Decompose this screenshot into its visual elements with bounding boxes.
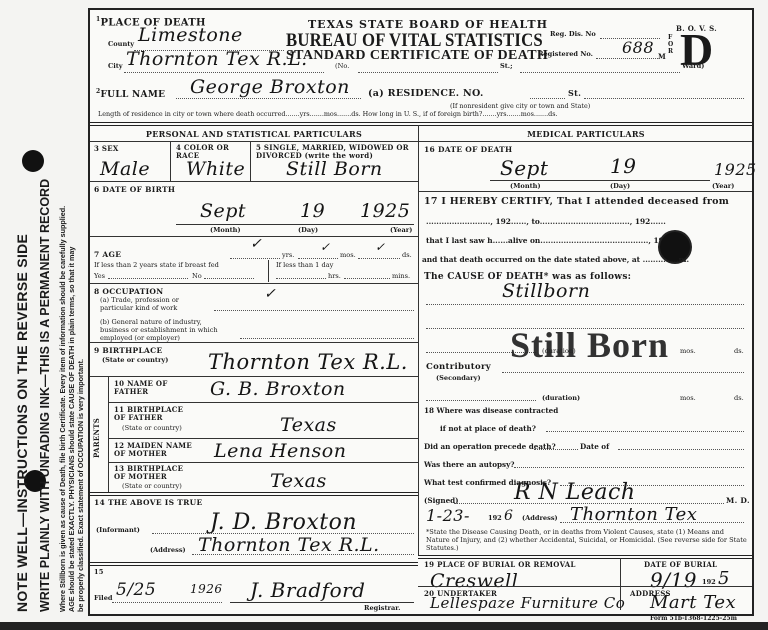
- reg-dis-label: Reg. Dis. No: [550, 30, 596, 38]
- father-name-label: 10 NAME OF FATHER: [114, 380, 184, 396]
- mother-name-value: Lena Henson: [214, 440, 346, 462]
- length-residence-text: Length of residence in city or town wher…: [98, 110, 558, 118]
- occupation-b-label: (b) General nature of industry, business…: [100, 318, 230, 342]
- father-birthplace-sub: (State or country): [122, 424, 182, 432]
- day-caption: (Day): [298, 226, 318, 234]
- secondary-ds-label: ds.: [734, 394, 744, 402]
- residence-st-label: St.: [568, 88, 581, 98]
- instruction-line: be properly classified. Exact statement …: [76, 12, 85, 612]
- age-ds-label: ds.: [402, 251, 412, 259]
- informant-address-value: Thornton Tex R.L.: [198, 534, 380, 556]
- contributory-label: Contributory: [426, 362, 491, 372]
- birthplace-value: Thornton Tex R.L.: [208, 350, 408, 374]
- dod-month-value: Sept: [500, 156, 548, 180]
- physician-address-label: (Address): [522, 514, 558, 522]
- year-caption: (Year): [390, 226, 412, 234]
- full-name-value: George Broxton: [190, 76, 350, 98]
- certificate-title: STANDARD CERTIFICATE OF DEATH: [286, 48, 548, 64]
- medical-section-title: MEDICAL PARTICULARS: [420, 129, 752, 139]
- nonresident-note: (If nonresident give city or town and St…: [450, 102, 590, 110]
- dob-month-value: Sept: [200, 200, 246, 222]
- certify-statement: 17 I HEREBY CERTIFY, That I attended dec…: [424, 196, 729, 207]
- secondary-label: (Secondary): [436, 374, 481, 382]
- birthplace-sub-label: (State or country): [102, 356, 168, 364]
- mother-birthplace-value: Texas: [270, 470, 327, 492]
- dob-year-value: 1925: [360, 200, 410, 222]
- mother-birthplace-label: 13 BIRTHPLACE OF MOTHER: [114, 465, 194, 481]
- personal-section-title: PERSONAL AND STATISTICAL PARTICULARS: [90, 129, 418, 139]
- registrar-signature: J. Bradford: [250, 578, 365, 602]
- secondary-mos-label: mos.: [680, 394, 696, 402]
- father-birthplace-value: Texas: [280, 414, 337, 436]
- informant-value: J. D. Broxton: [210, 510, 357, 535]
- hrs-label: hrs.: [328, 272, 341, 280]
- md-label: M. D.: [726, 496, 750, 505]
- autopsy-label: Was there an autopsy?: [424, 460, 514, 469]
- primary-ds-label: ds.: [734, 347, 744, 355]
- parents-label: PARENTS: [92, 418, 101, 458]
- informant-label: (Informant): [96, 526, 140, 534]
- county-label: County: [108, 40, 134, 48]
- month-caption: (Month): [210, 226, 241, 234]
- primary-mos-label: mos.: [680, 347, 696, 355]
- age-mos-mark: ✓: [320, 240, 331, 254]
- mother-birthplace-sub: (State or country): [122, 482, 182, 490]
- undertaker-value: Lellespaze Furniture Co: [430, 594, 625, 612]
- registered-no-label: Registered No.: [538, 50, 593, 58]
- filed-year-value: 1926: [190, 582, 223, 596]
- dod-year-caption: (Year): [712, 182, 734, 190]
- sex-label: 3 SEX: [94, 144, 119, 153]
- age-label: 7 AGE: [94, 250, 121, 259]
- informant-address-label: (Address): [150, 546, 186, 554]
- marital-status-value: Still Born: [286, 158, 383, 180]
- father-birthplace-label: 11 BIRTHPLACE OF FATHER: [114, 406, 194, 422]
- signed-date-value: 1-23-: [426, 506, 470, 525]
- age-yrs-mark: ✓: [250, 236, 262, 252]
- full-name-label: 2FULL NAME: [96, 88, 165, 100]
- dod-year-value: 1925: [714, 160, 757, 179]
- color-race-value: White: [186, 158, 245, 180]
- burial-year-prefix: 192: [702, 578, 716, 586]
- filed-label: Filed: [94, 594, 113, 602]
- burial-place-label: 19 PLACE OF BURIAL OR REMOVAL: [424, 560, 576, 569]
- breast-fed-no-label: No: [192, 272, 202, 280]
- operation-date-label: Date of: [580, 442, 609, 451]
- bottom-edge: [0, 622, 768, 630]
- death-occurred-statement: and that death occurred on the date stat…: [422, 255, 689, 264]
- dod-day-caption: (Day): [610, 182, 630, 190]
- cause-footnote: *State the Disease Causing Death, or in …: [426, 528, 748, 552]
- city-value: Thornton Tex R.L.: [126, 48, 308, 70]
- signed-year-suffix: 6: [504, 508, 513, 524]
- instruction-line: AGE should be stated EXACTLY. PHYSICIANS…: [67, 12, 76, 612]
- date-of-death-label: 16 DATE OF DEATH: [424, 145, 512, 154]
- attended-from-to: ........................., 192......, to…: [426, 217, 666, 226]
- occupation-label: 8 OCCUPATION: [94, 287, 163, 296]
- age-ds-mark: ✓: [375, 240, 386, 254]
- father-name-value: G. B. Broxton: [210, 378, 346, 400]
- city-label: City: [108, 62, 123, 70]
- county-value: Limestone: [138, 24, 243, 46]
- age-mos-label: mos.: [340, 251, 356, 259]
- dod-month-caption: (Month): [510, 182, 541, 190]
- physician-signature: R N Leach: [514, 480, 636, 505]
- still-born-stamp: Still Born: [510, 324, 669, 366]
- signed-year-prefix: 192: [488, 514, 502, 522]
- write-plainly-banner: WRITE PLAINLY WITH UNFADING INK—THIS IS …: [38, 12, 52, 612]
- date-of-birth-label: 6 DATE OF BIRTH: [94, 185, 175, 194]
- m-label: M: [658, 52, 666, 61]
- undertaker-address-value: Mart Tex: [650, 592, 736, 613]
- secondary-duration-label: (duration): [542, 394, 580, 402]
- mins-label: mins.: [392, 272, 410, 280]
- registered-no-value: 688: [622, 38, 654, 57]
- form-number: Form 51b-T368-1225-25m: [650, 615, 737, 622]
- instruction-line: Where Stillborn is given as cause of Dea…: [58, 12, 67, 612]
- note-well-banner: NOTE WELL—INSTRUCTIONS ON THE REVERSE SI…: [14, 12, 30, 612]
- not-at-place-label: if not at place of death?: [440, 424, 536, 433]
- last-saw-alive: that I last saw h......alive on.........…: [426, 236, 684, 245]
- breast-fed-yes-label: Yes: [94, 272, 105, 280]
- breast-fed-label: If less than 2 years state if breast fed: [94, 261, 219, 269]
- occupation-a-mark: ✓: [264, 286, 276, 302]
- above-true-label: 14 THE ABOVE IS TRUE: [94, 498, 203, 507]
- for-label: FOR: [668, 34, 674, 55]
- sex-value: Male: [100, 158, 150, 180]
- age-yrs-label: yrs.: [282, 251, 294, 259]
- filed-number: 15: [94, 568, 104, 576]
- filed-date-value: 5/25: [116, 580, 156, 600]
- death-certificate: 1PLACE OF DEATH County Limestone City Th…: [88, 8, 754, 616]
- dod-day-value: 19: [610, 154, 636, 178]
- registrar-label: Registrar.: [364, 604, 400, 612]
- left-margin: NOTE WELL—INSTRUCTIONS ON THE REVERSE SI…: [0, 0, 88, 630]
- occupation-a-label: (a) Trade, profession or particular kind…: [100, 296, 212, 312]
- less-1-day-label: If less than 1 day: [276, 261, 333, 269]
- form-letter: D: [680, 30, 713, 70]
- residence-label: (a) RESIDENCE. NO.: [368, 88, 484, 99]
- mother-name-label: 12 MAIDEN NAME OF MOTHER: [114, 442, 194, 458]
- cause-of-death-value: Stillborn: [502, 280, 590, 302]
- where-contracted-label: 18 Where was disease contracted: [424, 406, 558, 415]
- dob-day-value: 19: [300, 200, 325, 222]
- birthplace-label: 9 BIRTHPLACE: [94, 346, 162, 355]
